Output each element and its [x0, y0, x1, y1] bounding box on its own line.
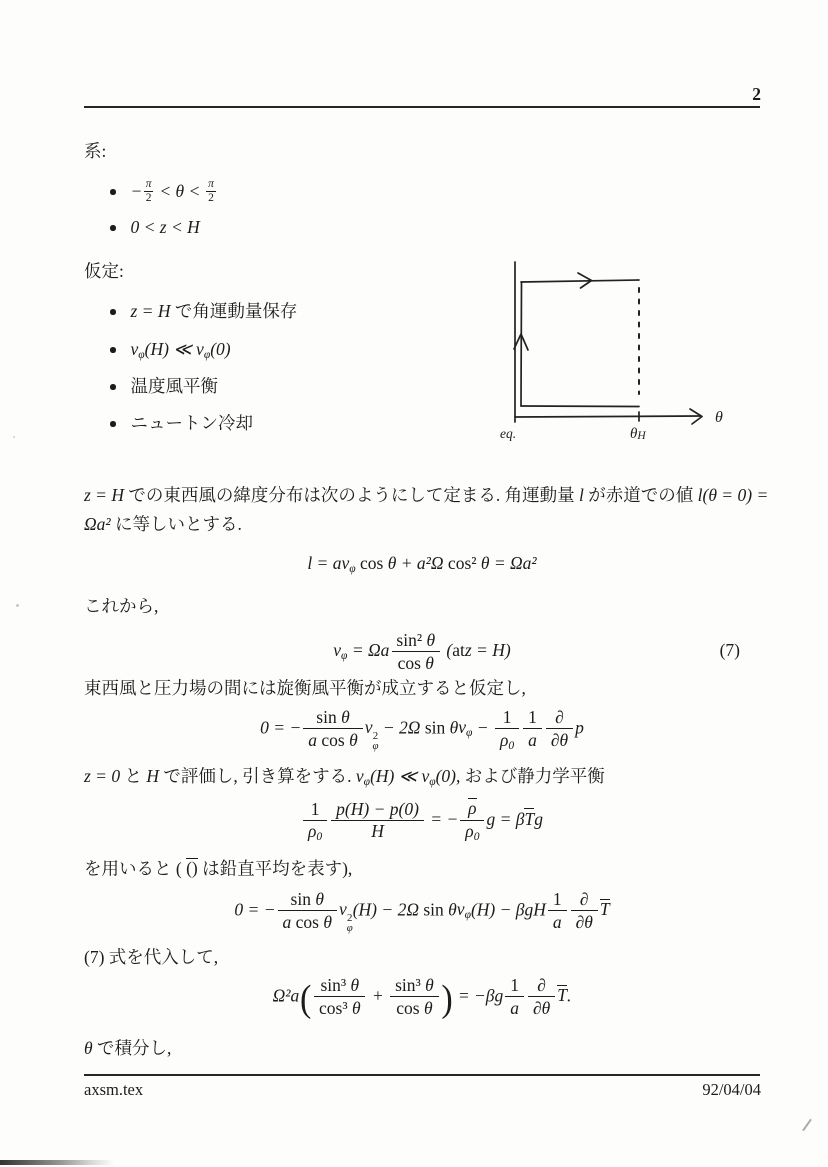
- footer-rule: [84, 1074, 760, 1076]
- fraction-numerator: ρ: [460, 798, 484, 821]
- big-delimiter: (: [300, 983, 311, 1017]
- math-run: ∂θ: [551, 730, 568, 750]
- jp-text-run: で評価し, 引き算をする.: [159, 766, 356, 786]
- subscript: 0: [508, 740, 514, 752]
- fraction-denominator: ∂θ: [571, 911, 598, 931]
- jp-text-run: (7) 式を代入して,: [84, 947, 218, 967]
- math-run: ∂: [555, 707, 564, 727]
- fraction: 1a: [523, 708, 542, 749]
- paragraph-line: z = 0 と H で評価し, 引き算をする. vφ(H) ≪ vφ(0), お…: [84, 766, 605, 790]
- sub-base: v: [365, 717, 373, 737]
- roman-run: cos: [296, 912, 324, 932]
- math-run: − 2Ω: [378, 717, 424, 737]
- fraction: π2: [206, 179, 215, 205]
- equation-final: Ω²a(sin³ θcos³ θ + sin³ θcos θ) = −βg1a∂…: [84, 976, 760, 1017]
- roman-run: 2: [146, 192, 152, 204]
- roman-run: cos²: [448, 553, 481, 573]
- fraction: sin θa cos θ: [278, 890, 337, 931]
- equation-hydrostatic: 1ρ0p(H) − p(0)H = −ρρ0g = βTg: [84, 798, 760, 844]
- overline-group: ρ: [468, 798, 476, 818]
- math-run: = −: [426, 809, 458, 829]
- math-subscripted: vφ: [421, 766, 435, 786]
- bullet-item: z = H で角運動量保存: [110, 301, 297, 323]
- math-run: (H) − βgH: [471, 899, 546, 919]
- figure-left-side: [521, 282, 522, 406]
- fraction: sin³ θcos³ θ: [314, 976, 365, 1017]
- math-subscripted: vφ: [131, 339, 145, 359]
- subscript: 0: [474, 832, 480, 844]
- sub-base: v: [356, 766, 364, 786]
- math-run: H: [371, 821, 384, 841]
- roman-run: sin²: [396, 630, 426, 650]
- math-run: l = a: [307, 553, 341, 573]
- sub-base: v: [333, 640, 341, 660]
- math-sub-sup: v2φ: [365, 717, 379, 737]
- roman-run: 1: [503, 707, 512, 727]
- math-run: z = H: [131, 301, 171, 321]
- scan-speck-artifact: [16, 604, 19, 607]
- math-run: (H) − 2Ω: [353, 899, 424, 919]
- roman-run: 1: [553, 889, 562, 909]
- math-run: (H) ≪: [370, 766, 421, 786]
- fraction-numerator: π: [206, 179, 215, 192]
- fraction: ∂∂θ: [571, 890, 598, 931]
- math-subscripted: vφ: [356, 766, 370, 786]
- math-run: T: [600, 899, 610, 919]
- jp-text-run: を用いると (: [84, 858, 186, 878]
- fraction-numerator: ∂: [528, 976, 555, 997]
- fraction: ∂∂θ: [546, 708, 573, 749]
- section-label-system: 系:: [84, 141, 106, 163]
- fraction-numerator: 1: [303, 800, 327, 821]
- math-run: H: [146, 766, 159, 786]
- math-run: θ = Ωa²: [481, 553, 537, 573]
- math-run: θ: [426, 630, 435, 650]
- roman-run: at: [452, 640, 465, 660]
- bullet-text: 0 < z < H: [131, 217, 200, 237]
- math-run: .: [567, 985, 571, 1005]
- math-run: a: [308, 730, 321, 750]
- math-run: 0 < z < H: [131, 217, 200, 237]
- fraction: 1ρ0: [495, 708, 519, 752]
- math-run: a: [553, 912, 562, 932]
- math-run: θ: [450, 717, 459, 737]
- math-run: T: [557, 985, 567, 1005]
- scanned-document-page: 2 系: −π2 < θ < π2 0 < z < H 仮定: z = H で角…: [0, 0, 828, 1167]
- math-run: ∂: [537, 975, 546, 995]
- bullet-text: z = H で角運動量保存: [131, 301, 298, 321]
- math-run: ρ: [468, 798, 476, 818]
- jp-text-run: ニュートン冷却: [131, 413, 254, 433]
- fraction-denominator: 2: [144, 192, 153, 204]
- roman-run: sin: [423, 899, 448, 919]
- hand-drawn-figure: θ eq. θH: [494, 254, 742, 456]
- math-run: θ: [315, 889, 324, 909]
- axis-label-theta: θ: [715, 409, 723, 426]
- bullet-item: 0 < z < H: [110, 217, 200, 239]
- fraction-numerator: sin³ θ: [314, 976, 365, 997]
- math-run: a: [510, 998, 519, 1018]
- math-run: (H) ≪: [145, 339, 196, 359]
- math-run: 0 = −: [234, 899, 275, 919]
- jp-text-run: は鉛直平均を表す),: [198, 858, 353, 878]
- sub-base: v: [196, 339, 204, 359]
- roman-run: cos: [396, 998, 424, 1018]
- math-subscripted: vφ: [196, 339, 210, 359]
- math-run: θ: [341, 707, 350, 727]
- roman-run: sin³: [320, 975, 350, 995]
- sub-base: v: [339, 899, 347, 919]
- subscript: 0: [316, 832, 322, 844]
- math-run: a: [283, 912, 296, 932]
- theta-h-label: θH: [630, 426, 646, 442]
- jp-text-run: 系:: [84, 141, 106, 161]
- math-subscripted: vφ: [341, 553, 355, 573]
- bullet-icon: [110, 189, 116, 195]
- bullet-item: −π2 < θ < π2: [110, 179, 217, 205]
- roman-run: 1: [311, 799, 320, 819]
- fraction-numerator: p(H) − p(0): [331, 800, 424, 821]
- math-run: z = 0: [84, 766, 120, 786]
- jp-text-run: と: [120, 766, 146, 786]
- jp-text-run: で角運動量保存: [171, 301, 298, 321]
- math-run: θ: [84, 1038, 93, 1058]
- fraction: p(H) − p(0)H: [331, 800, 424, 841]
- math-run: θ + a²Ω: [388, 553, 448, 573]
- overline-group: T: [600, 899, 610, 919]
- fraction-numerator: 1: [523, 708, 542, 729]
- jp-text-run: これから,: [84, 596, 158, 616]
- scan-mark-artifact: [802, 1119, 812, 1132]
- equation-thermal-wind: 0 = −sin θa cos θv2φ(H) − 2Ω sin θvφ(H) …: [84, 890, 760, 933]
- fraction-denominator: a cos θ: [303, 729, 362, 749]
- subscript: φ: [347, 923, 353, 933]
- bullet-text: ニュートン冷却: [131, 413, 254, 433]
- math-run: a: [528, 730, 537, 750]
- paragraph-line: θ で積分し,: [84, 1038, 171, 1060]
- subscript: φ: [349, 563, 355, 575]
- fraction-denominator: a cos θ: [278, 911, 337, 931]
- fraction-denominator: ∂θ: [528, 997, 555, 1017]
- figure-horizontal-axis: [515, 416, 700, 417]
- math-run: (0): [436, 766, 456, 786]
- paragraph-line: を用いると ( () は鉛直平均を表す),: [84, 858, 352, 880]
- math-subscripted: vφ: [457, 899, 471, 919]
- math-run: +: [368, 985, 389, 1005]
- roman-run: 1: [528, 707, 537, 727]
- math-run: θ: [351, 975, 360, 995]
- bullet-item: 温度風平衡: [110, 376, 218, 398]
- figure-top-side: [521, 280, 639, 282]
- bullet-item: vφ(H) ≪ vφ(0): [110, 339, 231, 363]
- equation-gradient-wind: 0 = −sin θa cos θv2φ − 2Ω sin θvφ − 1ρ01…: [84, 708, 760, 752]
- fraction-numerator: π: [144, 179, 153, 192]
- roman-run: sin³: [395, 975, 425, 995]
- math-run: = −βg: [453, 985, 503, 1005]
- footer-date: 92/04/04: [702, 1080, 761, 1100]
- math-run: = Ωa: [347, 640, 389, 660]
- jp-text-run: 仮定:: [84, 261, 124, 281]
- math-run: z = H): [465, 640, 511, 660]
- fraction: ∂∂θ: [528, 976, 555, 1017]
- math-subscripted: ρ0: [465, 821, 479, 841]
- overline-group: T: [524, 808, 534, 828]
- fraction-denominator: a: [505, 997, 524, 1017]
- math-run: θ: [448, 899, 457, 919]
- math-run: −: [472, 717, 493, 737]
- paragraph-line: 東西風と圧力場の間には旋衡風平衡が成立すると仮定し,: [84, 678, 526, 700]
- paragraph-line: (7) 式を代入して,: [84, 947, 218, 969]
- overline-group: T: [557, 985, 567, 1005]
- math-subscripted: vφ: [333, 640, 347, 660]
- fraction: π2: [144, 179, 153, 205]
- jp-text-run: , および静力学平衡: [456, 766, 605, 786]
- fraction-numerator: ∂: [546, 708, 573, 729]
- math-run: −: [131, 181, 143, 201]
- jp-text-run: 東西風と圧力場の間には旋衡風平衡が成立すると仮定し,: [84, 678, 526, 698]
- equation-7: vφ = Ωasin² θcos θ (atz = H) (7): [84, 628, 760, 672]
- roman-run: 1: [510, 975, 519, 995]
- math-run: θ: [323, 912, 332, 932]
- fraction-denominator: a: [548, 911, 567, 931]
- bullet-text: −π2 < θ < π2: [131, 181, 218, 201]
- bullet-text: 温度風平衡: [131, 376, 219, 396]
- bullet-icon: [110, 347, 116, 353]
- math-run: p: [575, 717, 584, 737]
- subscript: φ: [372, 741, 378, 751]
- roman-run: 2: [208, 192, 214, 204]
- math-sub-sup: v2φ: [339, 899, 353, 919]
- jp-text-run: で積分し,: [93, 1038, 172, 1058]
- jp-text-run: が赤道での値: [584, 485, 698, 505]
- math-run: ∂θ: [576, 912, 593, 932]
- fraction-numerator: sin θ: [278, 890, 337, 911]
- math-run: < θ <: [155, 181, 205, 201]
- bullet-icon: [110, 225, 116, 231]
- math-run: Ωa²: [84, 514, 111, 534]
- fraction-denominator: 2: [206, 192, 215, 204]
- bullet-text: vφ(H) ≪ vφ(0): [131, 339, 231, 359]
- math-run: π: [208, 178, 214, 190]
- math-run: l(θ = 0) =: [698, 485, 769, 505]
- roman-run: cos: [360, 553, 388, 573]
- scan-edge-artifact: [0, 1160, 114, 1165]
- fraction-denominator: ρ0: [303, 821, 327, 844]
- fraction-numerator: sin θ: [303, 708, 362, 729]
- fraction: sin θa cos θ: [303, 708, 362, 749]
- fraction-numerator: ∂: [571, 890, 598, 911]
- math-run: θ: [425, 975, 434, 995]
- sub-base: v: [457, 899, 465, 919]
- math-run: p(H) − p(0): [336, 799, 419, 819]
- math-run: θ: [352, 998, 361, 1018]
- bullet-item: ニュートン冷却: [110, 413, 253, 435]
- math-run: (0): [210, 339, 230, 359]
- big-delimiter: ): [441, 983, 452, 1017]
- math-run: θ: [424, 998, 433, 1018]
- fraction: 1a: [548, 890, 567, 931]
- sub-base: v: [458, 717, 466, 737]
- paragraph-line: これから,: [84, 596, 158, 618]
- fraction-denominator: ρ0: [460, 821, 484, 844]
- equation-body: vφ = Ωasin² θcos θ (atz = H): [333, 640, 510, 660]
- fraction-numerator: sin³ θ: [390, 976, 438, 997]
- bullet-icon: [110, 384, 116, 390]
- roman-run: sin: [291, 889, 316, 909]
- math-subscripted: ρ0: [308, 821, 322, 841]
- math-run: (: [442, 640, 452, 660]
- equation-number: (7): [720, 628, 740, 672]
- math-run: θ: [349, 730, 358, 750]
- overline-group: (): [186, 858, 198, 878]
- paragraph-line: z = H での東西風の緯度分布は次のようにして定まる. 角運動量 l が赤道で…: [84, 485, 768, 507]
- paragraph-line: Ωa² に等しいとする.: [84, 514, 242, 536]
- fraction-denominator: a: [523, 729, 542, 749]
- section-label-assumptions: 仮定:: [84, 261, 124, 283]
- jp-text-run: での東西風の緯度分布は次のようにして定まる. 角運動量: [124, 485, 579, 505]
- math-run: ∂: [580, 889, 589, 909]
- roman-run: sin: [316, 707, 341, 727]
- roman-run: cos: [321, 730, 349, 750]
- fraction-denominator: cos³ θ: [314, 997, 365, 1017]
- fraction-denominator: cos θ: [390, 997, 438, 1017]
- roman-run: (): [186, 858, 198, 878]
- math-subscripted: vφ: [458, 717, 472, 737]
- jp-text-run: に等しいとする.: [111, 514, 242, 534]
- roman-run: sin: [425, 717, 450, 737]
- header-rule: [84, 106, 760, 108]
- fraction: sin³ θcos θ: [390, 976, 438, 1017]
- bullet-icon: [110, 421, 116, 427]
- math-run: T: [524, 809, 534, 829]
- fraction-denominator: H: [331, 821, 424, 841]
- fraction-denominator: ρ0: [495, 729, 519, 752]
- fraction-numerator: 1: [548, 890, 567, 911]
- fraction-numerator: 1: [495, 708, 519, 729]
- math-run: ∂θ: [533, 998, 550, 1018]
- fraction-numerator: sin² θ: [392, 631, 440, 652]
- math-run: g = β: [486, 809, 524, 829]
- math-run: π: [146, 178, 152, 190]
- page-number: 2: [752, 84, 761, 105]
- fraction-denominator: ∂θ: [546, 729, 573, 749]
- fraction-denominator: cos θ: [392, 652, 440, 672]
- math-run: Ω²a: [273, 985, 300, 1005]
- equation-angular-momentum: l = avφ cos θ + a²Ω cos² θ = Ωa²: [84, 553, 760, 575]
- fraction: ρρ0: [460, 798, 484, 844]
- math-run: g: [534, 809, 543, 829]
- fraction-numerator: 1: [505, 976, 524, 997]
- bullet-icon: [110, 309, 116, 315]
- roman-run: cos³: [319, 998, 352, 1018]
- footer-filename: axsm.tex: [84, 1080, 143, 1100]
- equator-label: eq.: [500, 426, 516, 441]
- roman-run: cos: [398, 653, 426, 673]
- sub-base: ρ: [465, 821, 473, 841]
- figure-bottom-side: [521, 406, 639, 407]
- fraction: sin² θcos θ: [392, 631, 440, 672]
- fraction: 1ρ0: [303, 800, 327, 844]
- math-run: θ: [425, 653, 434, 673]
- math-run: z = H: [84, 485, 124, 505]
- scan-speck-artifact: [13, 436, 15, 438]
- math-subscripted: ρ0: [500, 730, 514, 750]
- jp-text-run: 温度風平衡: [131, 376, 219, 396]
- math-run: 0 = −: [260, 717, 301, 737]
- fraction: 1a: [505, 976, 524, 1017]
